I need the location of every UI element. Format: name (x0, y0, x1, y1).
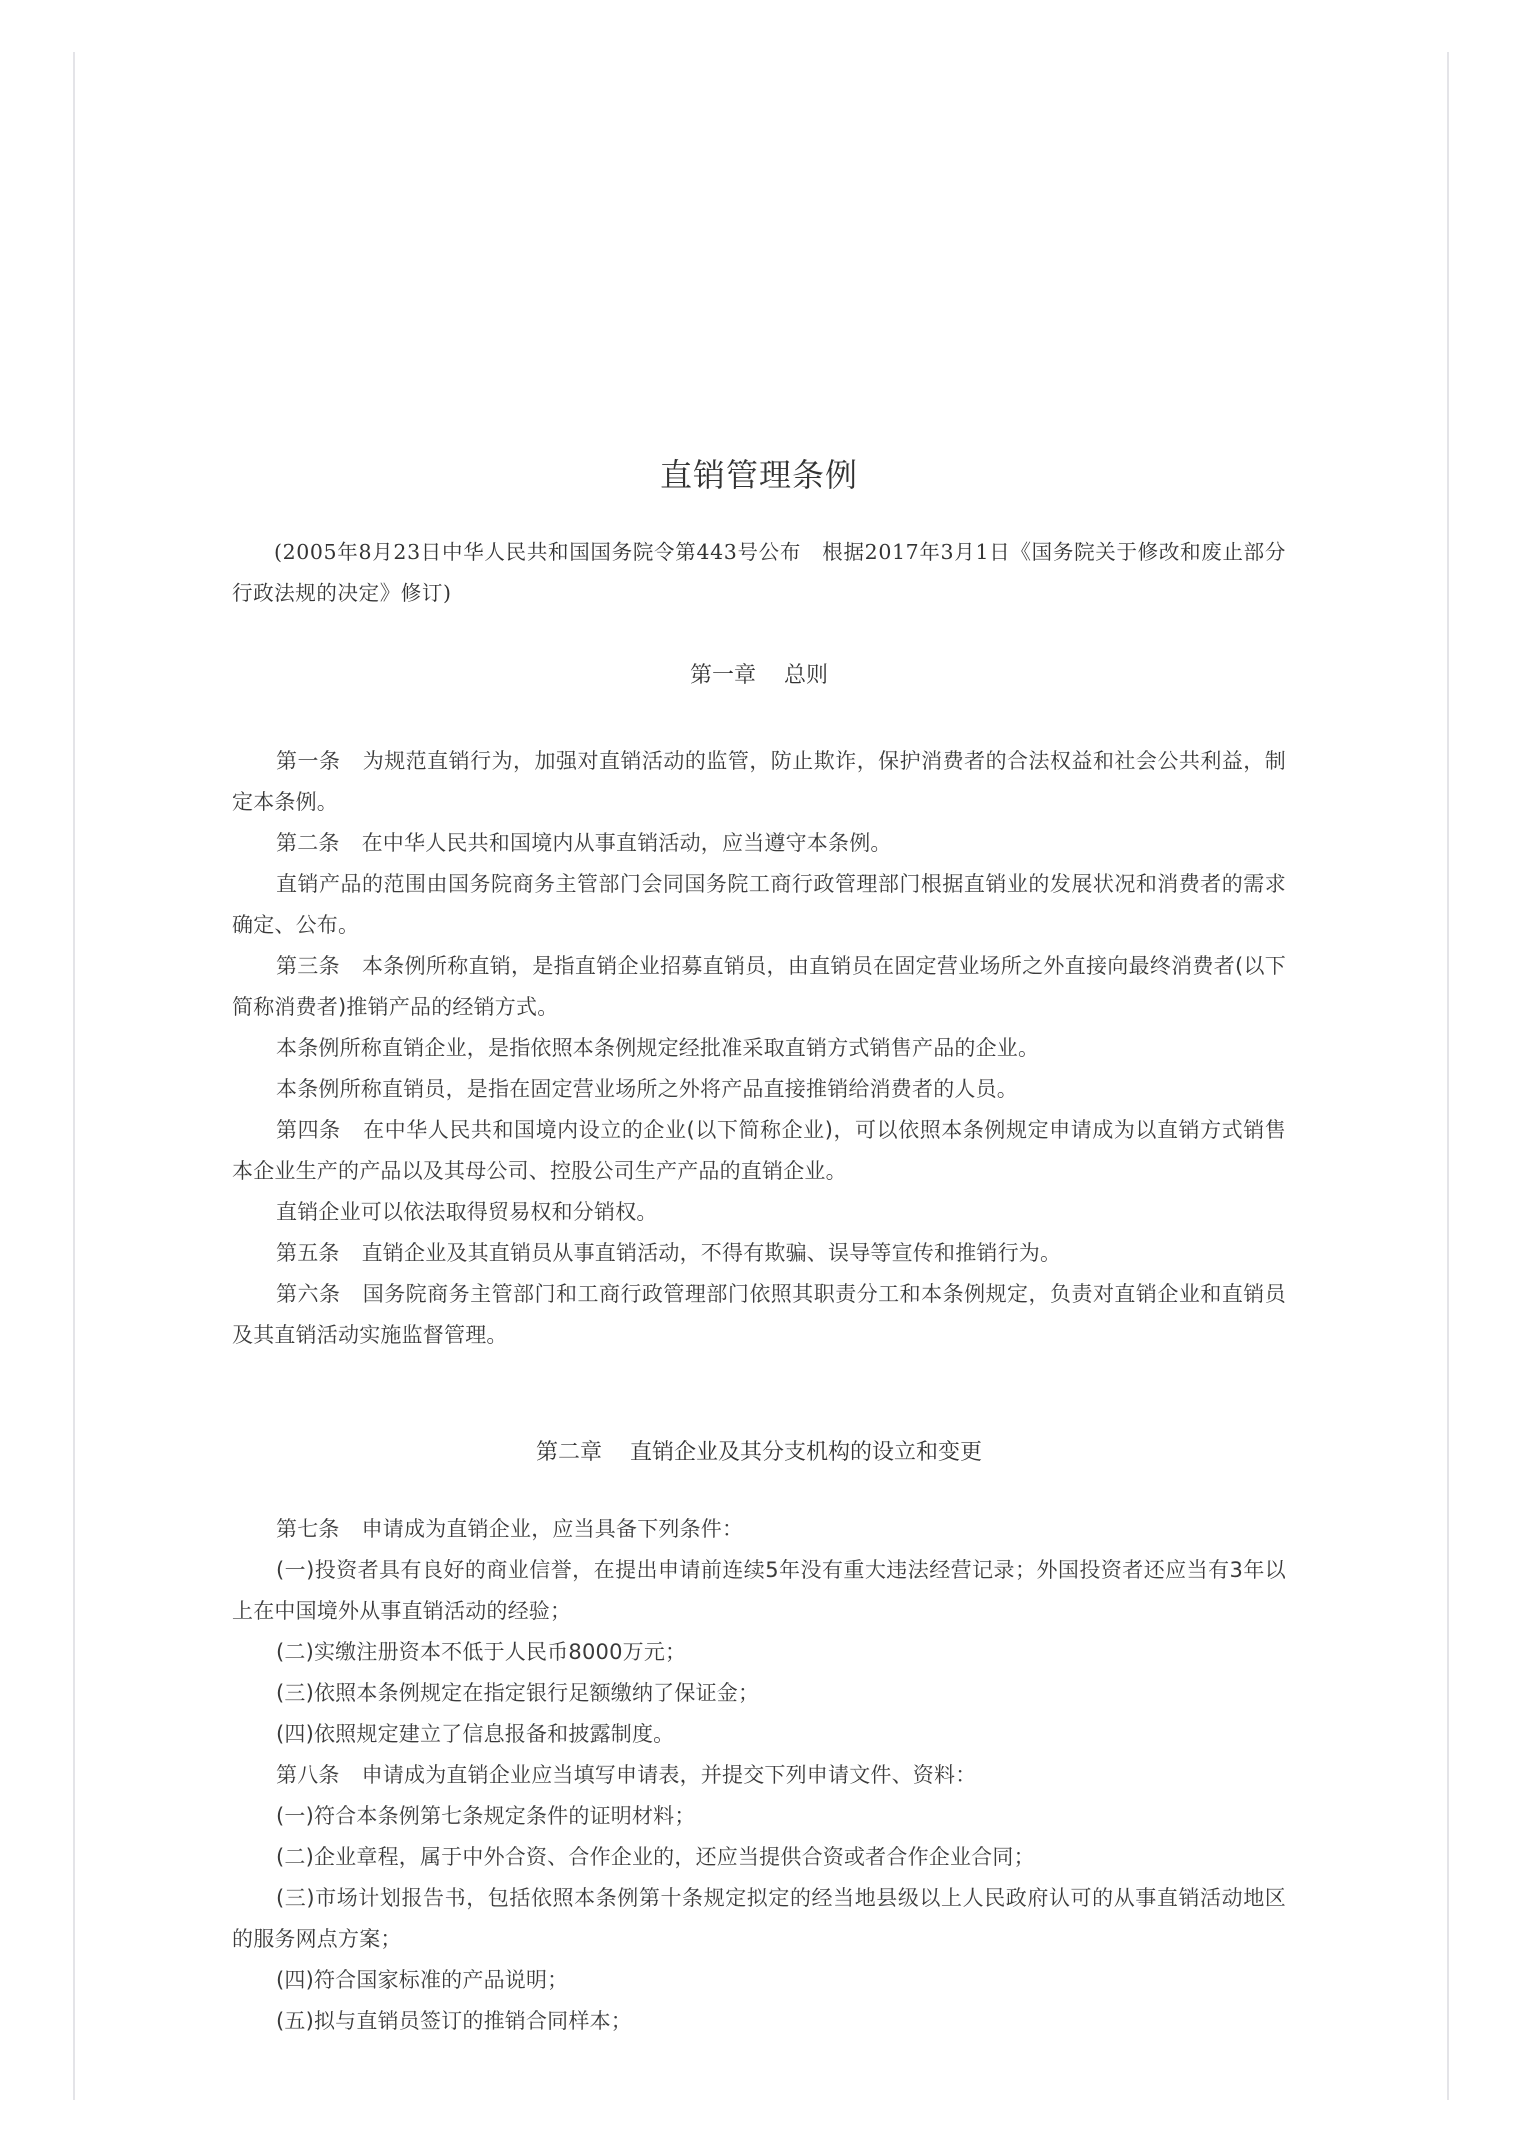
article-text: 本条例所称直销企业，是指依照本条例规定经批准采取直销方式销售产品的企业。 (276, 1036, 1039, 1060)
article-paragraph: 第五条直销企业及其直销员从事直销活动，不得有欺骗、误导等宣传和推销行为。 (232, 1233, 1286, 1274)
chapter-number: 第二章 (536, 1440, 602, 1465)
page-right-edge (1447, 52, 1449, 2100)
list-item: (三)依照本条例规定在指定银行足额缴纳了保证金； (232, 1673, 1286, 1714)
article-number: 第四条 (276, 1118, 363, 1142)
list-item: (二)企业章程，属于中外合资、合作企业的，还应当提供合资或者合作企业合同； (232, 1837, 1286, 1878)
document-subtitle: (2005年8月23日中华人民共和国国务院令第443号公布 根据2017年3月1… (232, 532, 1286, 614)
article-number: 第二条 (276, 831, 362, 855)
article-number: 第五条 (276, 1241, 362, 1265)
article-text: 申请成为直销企业，应当具备下列条件： (362, 1517, 744, 1541)
article-paragraph: 本条例所称直销员，是指在固定营业场所之外将产品直接推销给消费者的人员。 (232, 1069, 1286, 1110)
article-number: 第三条 (276, 954, 362, 978)
article-text: (三)依照本条例规定在指定银行足额缴纳了保证金； (276, 1681, 759, 1705)
list-item: (五)拟与直销员签订的推销合同样本； (232, 2001, 1286, 2042)
list-item: (四)符合国家标准的产品说明； (232, 1960, 1286, 2001)
chapter-heading-1: 第一章总则 (232, 658, 1286, 694)
article-paragraph: 本条例所称直销企业，是指依照本条例规定经批准采取直销方式销售产品的企业。 (232, 1028, 1286, 1069)
article-text: (一)符合本条例第七条规定条件的证明材料； (276, 1804, 696, 1828)
article-number: 第八条 (276, 1763, 362, 1787)
article-paragraph: 第三条本条例所称直销，是指直销企业招募直销员，由直销员在固定营业场所之外直接向最… (232, 946, 1286, 1028)
chapter-heading-2: 第二章直销企业及其分支机构的设立和变更 (232, 1435, 1286, 1471)
article-text: 直销企业可以依法取得贸易权和分销权。 (276, 1200, 658, 1224)
article-number: 第七条 (276, 1517, 362, 1541)
article-text: 在中华人民共和国境内从事直销活动，应当遵守本条例。 (362, 831, 892, 855)
article-text: (四)符合国家标准的产品说明； (276, 1968, 568, 1992)
article-text: 直销产品的范围由国务院商务主管部门会同国务院工商行政管理部门根据直销业的发展状况… (232, 872, 1286, 937)
article-text: 申请成为直销企业应当填写申请表，并提交下列申请文件、资料： (362, 1763, 977, 1787)
article-text: 在中华人民共和国境内设立的企业(以下简称企业)，可以依照本条例规定申请成为以直销… (232, 1118, 1286, 1183)
list-item: (一)符合本条例第七条规定条件的证明材料； (232, 1796, 1286, 1837)
article-paragraph: 第四条在中华人民共和国境内设立的企业(以下简称企业)，可以依照本条例规定申请成为… (232, 1110, 1286, 1192)
article-paragraph: 第二条在中华人民共和国境内从事直销活动，应当遵守本条例。 (232, 823, 1286, 864)
article-text: (二)实缴注册资本不低于人民币8000万元； (276, 1640, 686, 1664)
list-item: (一)投资者具有良好的商业信誉，在提出申请前连续5年没有重大违法经营记录；外国投… (232, 1550, 1286, 1632)
article-text: 本条例所称直销，是指直销企业招募直销员，由直销员在固定营业场所之外直接向最终消费… (232, 954, 1286, 1019)
article-text: 本条例所称直销员，是指在固定营业场所之外将产品直接推销给消费者的人员。 (276, 1077, 1018, 1101)
article-number: 第六条 (276, 1282, 362, 1306)
article-text: 为规范直销行为，加强对直销活动的监管，防止欺诈，保护消费者的合法权益和社会公共利… (232, 749, 1286, 814)
article-paragraph: 第七条申请成为直销企业，应当具备下列条件： (232, 1509, 1286, 1550)
article-paragraph: 直销产品的范围由国务院商务主管部门会同国务院工商行政管理部门根据直销业的发展状况… (232, 864, 1286, 946)
article-text: (一)投资者具有良好的商业信誉，在提出申请前连续5年没有重大违法经营记录；外国投… (232, 1558, 1286, 1623)
article-paragraph: 第八条申请成为直销企业应当填写申请表，并提交下列申请文件、资料： (232, 1755, 1286, 1796)
chapter-2-body: 第七条申请成为直销企业，应当具备下列条件： (一)投资者具有良好的商业信誉，在提… (232, 1509, 1286, 2042)
list-item: (二)实缴注册资本不低于人民币8000万元； (232, 1632, 1286, 1673)
article-paragraph: 第六条国务院商务主管部门和工商行政管理部门依照其职责分工和本条例规定，负责对直销… (232, 1274, 1286, 1356)
chapter-title: 总则 (784, 663, 828, 688)
chapter-title: 直销企业及其分支机构的设立和变更 (630, 1440, 982, 1465)
article-text: (二)企业章程，属于中外合资、合作企业的，还应当提供合资或者合作企业合同； (276, 1845, 1035, 1869)
document-title: 直销管理条例 (232, 452, 1286, 498)
page-left-edge (73, 52, 75, 2100)
article-paragraph: 直销企业可以依法取得贸易权和分销权。 (232, 1192, 1286, 1233)
article-number: 第一条 (276, 749, 362, 773)
article-text: (三)市场计划报告书，包括依照本条例第十条规定拟定的经当地县级以上人民政府认可的… (232, 1886, 1286, 1951)
article-paragraph: 第一条为规范直销行为，加强对直销活动的监管，防止欺诈，保护消费者的合法权益和社会… (232, 741, 1286, 823)
article-text: 直销企业及其直销员从事直销活动，不得有欺骗、误导等宣传和推销行为。 (362, 1241, 1062, 1265)
chapter-1-body: 第一条为规范直销行为，加强对直销活动的监管，防止欺诈，保护消费者的合法权益和社会… (232, 741, 1286, 1356)
article-text: (四)依照规定建立了信息报备和披露制度。 (276, 1722, 674, 1746)
article-text: 国务院商务主管部门和工商行政管理部门依照其职责分工和本条例规定，负责对直销企业和… (232, 1282, 1286, 1347)
list-item: (四)依照规定建立了信息报备和披露制度。 (232, 1714, 1286, 1755)
article-text: (五)拟与直销员签订的推销合同样本； (276, 2009, 632, 2033)
list-item: (三)市场计划报告书，包括依照本条例第十条规定拟定的经当地县级以上人民政府认可的… (232, 1878, 1286, 1960)
chapter-number: 第一章 (690, 663, 756, 688)
